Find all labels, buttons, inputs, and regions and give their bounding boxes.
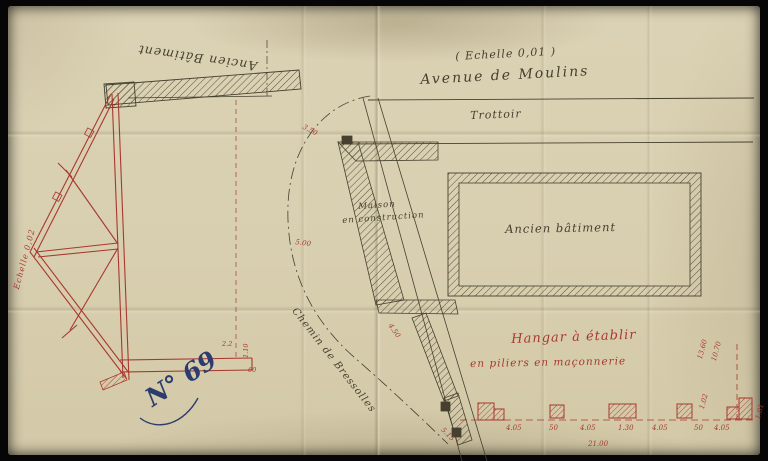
dim-bottom-4: 1.30: [618, 424, 634, 432]
trottoir-label: Trottoir: [470, 107, 522, 122]
dim-section-2: 1.10: [242, 344, 250, 358]
dim-bottom-7: 4.05: [714, 424, 730, 432]
section-wall-foot: [100, 372, 127, 390]
section-truss-red: [30, 93, 252, 380]
dim-bottom-total: 21.00: [588, 440, 608, 448]
ancien-batiment-plan-label: Ancien bâtiment: [505, 220, 616, 236]
dim-bottom-1: 4.05: [506, 424, 522, 432]
scanned-plan-page: ( Echelle 0,01 ) Avenue de Moulins Trott…: [0, 0, 768, 461]
section-beam-hatched: [104, 70, 301, 108]
dim-bottom-3: 4.05: [580, 424, 596, 432]
dim-bottom-5: 4.05: [652, 424, 668, 432]
dim-bottom-2: 50: [549, 424, 558, 432]
drawing-linework: [0, 0, 768, 461]
paper-sheet: ( Echelle 0,01 ) Avenue de Moulins Trott…: [8, 6, 760, 455]
dim-bottom-6: 50: [694, 424, 703, 432]
dim-section-1: 2.2: [222, 340, 232, 348]
dim-section-3: 60: [248, 366, 256, 374]
